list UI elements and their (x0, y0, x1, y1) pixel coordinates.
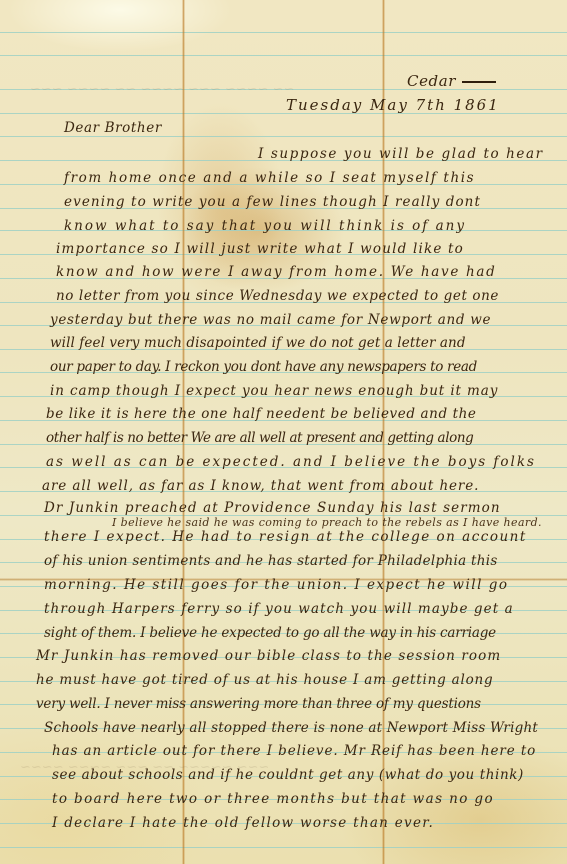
place-heading: Cedar (407, 72, 496, 90)
rule-line (0, 32, 567, 33)
bleed-through-text: ~~ ~~~~ ~~~ ~~~~ ~~ ~~~~ ~~~ (30, 82, 294, 97)
letter-line: other half is no better We are all well … (46, 430, 473, 446)
letter-line: very well. I never miss answering more t… (36, 696, 481, 712)
rule-line (0, 136, 567, 137)
rule-line (0, 55, 567, 56)
letter-line: has an article out for there I believe. … (52, 743, 536, 759)
letter-line: through Harpers ferry so if you watch yo… (44, 601, 514, 617)
letter-line: Mr Junkin has removed our bible class to… (36, 648, 501, 664)
letter-line: will feel very much disapointed if we do… (50, 335, 466, 351)
salutation: Dear Brother (64, 120, 162, 136)
interlinear-note: I believe he said he was coming to preac… (112, 516, 542, 529)
underline-dash (462, 81, 496, 83)
letter-line: no letter from you since Wednesday we ex… (56, 288, 499, 304)
letter-line: be like it is here the one half needent … (46, 406, 477, 422)
letter-line: as well as can be expected. and I believ… (46, 454, 536, 470)
letter-line: evening to write you a few lines though … (64, 194, 481, 210)
letter-line: morning. He still goes for the union. I … (44, 577, 509, 593)
letter-line: Schools have nearly all stopped there is… (44, 720, 538, 736)
letter-line: there I expect. He had to resign at the … (44, 529, 527, 545)
letter-line: from home once and a while so I seat mys… (64, 170, 475, 186)
letter-line: in camp though I expect you hear news en… (50, 383, 498, 399)
letter-line: to board here two or three months but th… (52, 791, 494, 807)
letter-line: sight of them. I believe he expected to … (44, 625, 496, 641)
letter-page: ~~ ~~~~ ~~~ ~~~~ ~~ ~~~~ ~~~ ~~~ ~~~~~ ~… (0, 0, 567, 864)
letter-line: I suppose you will be glad to hear (258, 146, 544, 162)
letter-line: yesterday but there was no mail came for… (50, 312, 491, 328)
date-line: Tuesday May 7th 1861 (286, 96, 500, 114)
letter-line: importance so I will just write what I w… (56, 241, 464, 257)
letter-line: I declare I hate the old fellow worse th… (52, 815, 434, 831)
letter-line: he must have got tired of us at his hous… (36, 672, 493, 688)
letter-line: know what to say that you will think is … (64, 218, 466, 234)
letter-line: of his union sentiments and he has start… (44, 553, 498, 569)
letter-line: Dr Junkin preached at Providence Sunday … (44, 500, 501, 516)
letter-line: our paper to day. I reckon you dont have… (50, 359, 477, 375)
letter-line: know and how were I away from home. We h… (56, 264, 497, 280)
letter-line: see about schools and if he couldnt get … (52, 767, 524, 783)
rule-line (0, 847, 567, 848)
letter-line: are all well, as far as I know, that wen… (42, 478, 479, 494)
